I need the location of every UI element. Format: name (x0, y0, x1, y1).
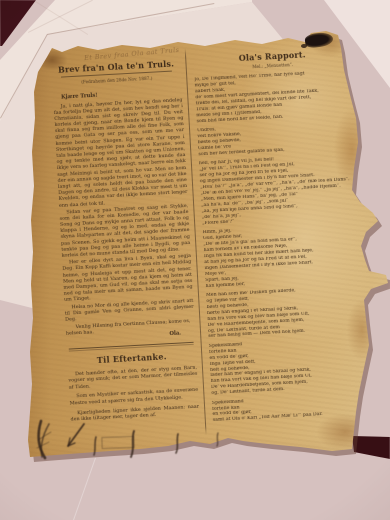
photo-vignette (0, 0, 390, 520)
photo-old-newspaper: Brev fra'n Ola te'n Truls. (Fedraheim de… (0, 0, 390, 520)
